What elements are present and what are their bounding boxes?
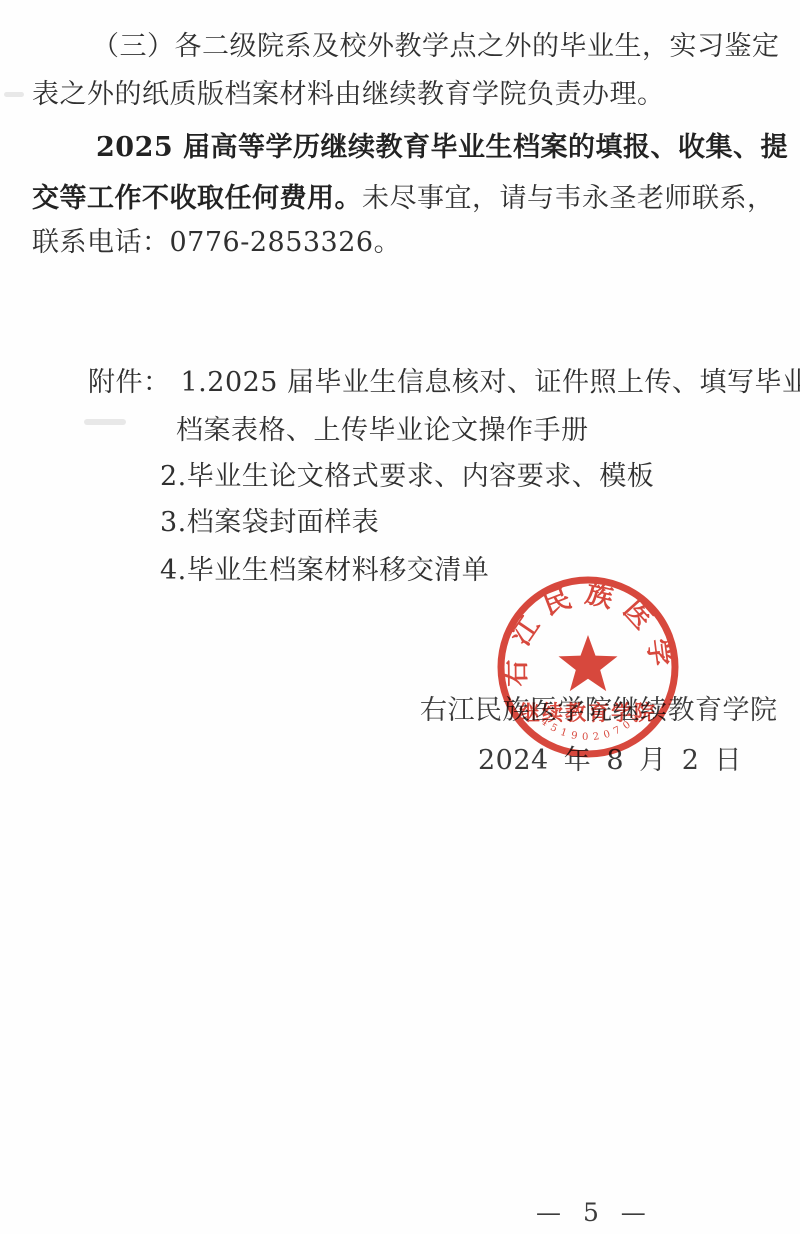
- para2-line2-bold-segment: 交等工作不收取任何费用。: [32, 183, 362, 214]
- seal-star-icon: [559, 635, 618, 691]
- attachments-line1: 附件： 1.2025 届毕业生信息核对、证件照上传、填写毕业: [88, 366, 800, 400]
- page-number: — 5 —: [536, 1198, 646, 1227]
- para1-line2: 表之外的纸质版档案材料由继续教育学院负责办理。: [32, 78, 665, 112]
- attachments-label: 附件：: [88, 366, 171, 400]
- contact-phone-line: 联系电话：0776-2853326。: [32, 226, 401, 260]
- attachment-item-1-line1: 1.2025 届毕业生信息核对、证件照上传、填写毕业: [181, 366, 800, 400]
- scan-artifact: [84, 419, 126, 425]
- para2-line2: 交等工作不收取任何费用。未尽事宜，请与韦永圣老师联系，: [32, 182, 775, 216]
- para1-line1: （三）各二级院系及校外教学点之外的毕业生，实习鉴定: [92, 30, 780, 64]
- attachment-item-3: 3.档案袋封面样表: [160, 506, 379, 540]
- attachment-item-4: 4.毕业生档案材料移交清单: [160, 554, 489, 588]
- attachment-item-2: 2.毕业生论文格式要求、内容要求、模板: [160, 460, 654, 494]
- para2-line1: 2025 届高等学历继续教育毕业生档案的填报、收集、提: [96, 131, 788, 165]
- official-seal: 右江民族医学院 继续教育学院 45190207085: [488, 567, 688, 767]
- scan-artifact: [4, 92, 24, 97]
- para2-line2-regular-segment: 未尽事宜，请与韦永圣老师联系，: [362, 183, 775, 214]
- attachment-item-1-line2: 档案表格、上传毕业论文操作手册: [176, 414, 589, 448]
- document-page: （三）各二级院系及校外教学点之外的毕业生，实习鉴定 表之外的纸质版档案材料由继续…: [0, 0, 800, 1234]
